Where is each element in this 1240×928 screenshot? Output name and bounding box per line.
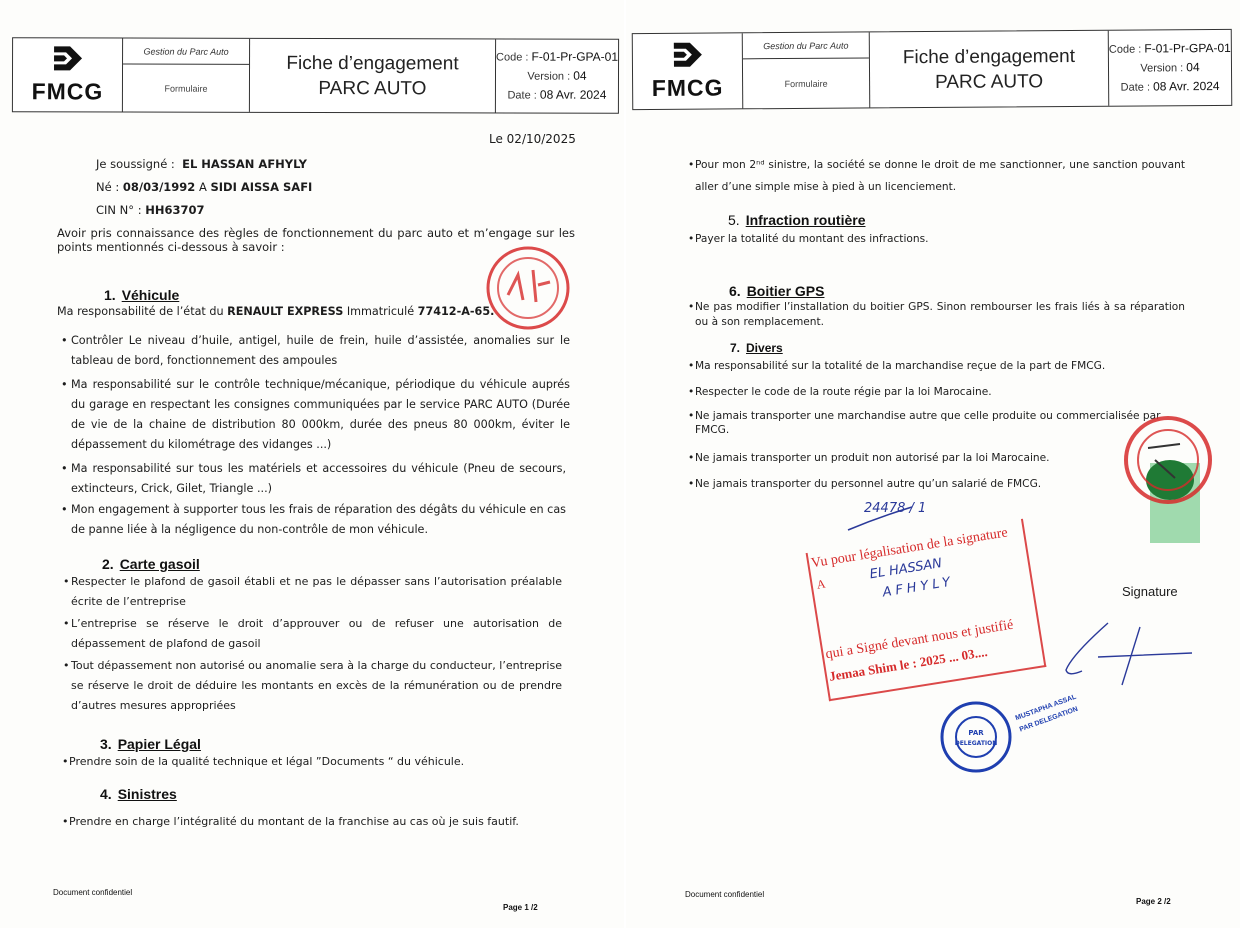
fmcg-arrow-logo-icon	[667, 41, 707, 73]
document-meta: Code : F-01-Pr-GPA-01 Version : 04 Date …	[496, 39, 618, 112]
section-carte-gasoil-heading: 2.Carte gasoil	[102, 556, 200, 572]
page-2: FMCG Gestion du Parc Auto Formulaire Fic…	[626, 0, 1240, 928]
cin-line: CIN N° : HH63707	[96, 200, 204, 220]
section-sinistres-heading: 4.Sinistres	[100, 786, 177, 802]
list-item: •Ma responsabilité sur le contrôle techn…	[71, 375, 570, 455]
delegation-stamp-icon: PAR DELEGATION	[936, 695, 1026, 785]
doc-type: Formulaire	[123, 64, 249, 111]
red-circular-stamp-icon	[478, 240, 578, 340]
svg-text:24478 / 10: 24478 / 10	[864, 501, 924, 516]
list-item: •Ma responsabilité sur la totalité de la…	[695, 356, 1105, 376]
logo-text: FMCG	[32, 78, 104, 105]
fmcg-arrow-logo-icon	[47, 44, 87, 76]
birth-line: Né : 08/03/1992 A SIDI AISSA SAFI	[96, 177, 312, 197]
document-header: FMCG Gestion du Parc Auto Formulaire Fic…	[632, 29, 1233, 110]
section-label: Gestion du Parc Auto	[743, 32, 869, 59]
document-meta: Code : F-01-Pr-GPA-01 Version : 04 Date …	[1109, 30, 1232, 106]
list-item: •Ne jamais transporter un produit non au…	[695, 448, 1050, 468]
delegation-officer: MUSTAPHA ASSAL PAR DELEGATION	[1014, 692, 1083, 737]
vehicle-model: RENAULT EXPRESS	[227, 305, 343, 318]
list-item: •Ne jamais transporter une marchandise a…	[695, 409, 1185, 437]
section-divers-heading: 7.Divers	[730, 341, 783, 355]
list-item: •Respecter le code de la route régie par…	[695, 382, 992, 402]
intro-paragraph: Avoir pris connaissance des règles de fo…	[57, 226, 575, 254]
section-infraction-heading: 5.Infraction routière	[728, 212, 865, 228]
list-item: •L’entreprise se réserve le droit d’appr…	[71, 614, 562, 654]
list-item: •Prendre en charge l’intégralité du mont…	[69, 812, 519, 832]
list-item: •Mon engagement à supporter tous les fra…	[71, 500, 566, 540]
section-vehicule-heading: 1.Véhicule	[104, 287, 179, 303]
page-1: FMCG Gestion du Parc Auto Formulaire Fic…	[0, 0, 624, 928]
footer-confidential: Document confidentiel	[53, 888, 132, 897]
signee-line: Je soussigné : EL HASSAN AFHYLY	[96, 154, 307, 174]
page-number: Page 1 /2	[503, 903, 538, 912]
svg-text:PAR: PAR	[968, 729, 984, 737]
signee-name: EL HASSAN AFHYLY	[182, 157, 307, 171]
handwritten-note-icon: 24478 / 10	[844, 495, 924, 540]
svg-text:DELEGATION: DELEGATION	[955, 740, 998, 747]
section-papier-legal-heading: 3.Papier Légal	[100, 736, 201, 752]
legalization-stamp: Vu pour légalisation de la signature A E…	[806, 519, 1047, 702]
vehicle-line: Ma responsabilité de l’état du RENAULT E…	[57, 302, 494, 322]
list-item: •Ne jamais transporter du personnel autr…	[695, 474, 1041, 494]
list-item: •Pour mon 2ⁿᵈ sinistre, la société se do…	[695, 154, 1185, 198]
document-header: FMCG Gestion du Parc Auto Formulaire Fic…	[12, 37, 619, 114]
footer-confidential: Document confidentiel	[685, 890, 764, 899]
company-logo: FMCG	[13, 38, 123, 111]
document-title: Fiche d’engagement PARC AUTO	[250, 39, 496, 113]
document-title: Fiche d’engagement PARC AUTO	[870, 31, 1110, 108]
company-logo: FMCG	[633, 33, 744, 109]
list-item: •Prendre soin de la qualité technique et…	[69, 752, 464, 772]
list-item: •Tout dépassement non autorisé ou anomal…	[71, 656, 562, 716]
list-item: •Contrôler Le niveau d’huile, antigel, h…	[71, 331, 570, 371]
list-item: •Ne pas modifier l’installation du boiti…	[695, 300, 1185, 330]
section-boitier-gps-heading: 6.Boitier GPS	[729, 283, 824, 299]
doc-type: Formulaire	[743, 58, 869, 108]
list-item: •Ma responsabilité sur tous les matériel…	[71, 459, 566, 499]
list-item: •Payer la totalité du montant des infrac…	[695, 229, 929, 249]
page-number: Page 2 /2	[1136, 897, 1171, 906]
list-item: •Respecter le plafond de gasoil établi e…	[71, 572, 562, 612]
section-label: Gestion du Parc Auto	[123, 38, 249, 64]
signature-label: Signature	[1122, 582, 1178, 602]
logo-text: FMCG	[652, 74, 724, 102]
document-date: Le 02/10/2025	[489, 129, 576, 149]
signature-scribble-icon	[1062, 615, 1202, 690]
vehicle-plate: 77412-A-65.	[418, 305, 495, 318]
